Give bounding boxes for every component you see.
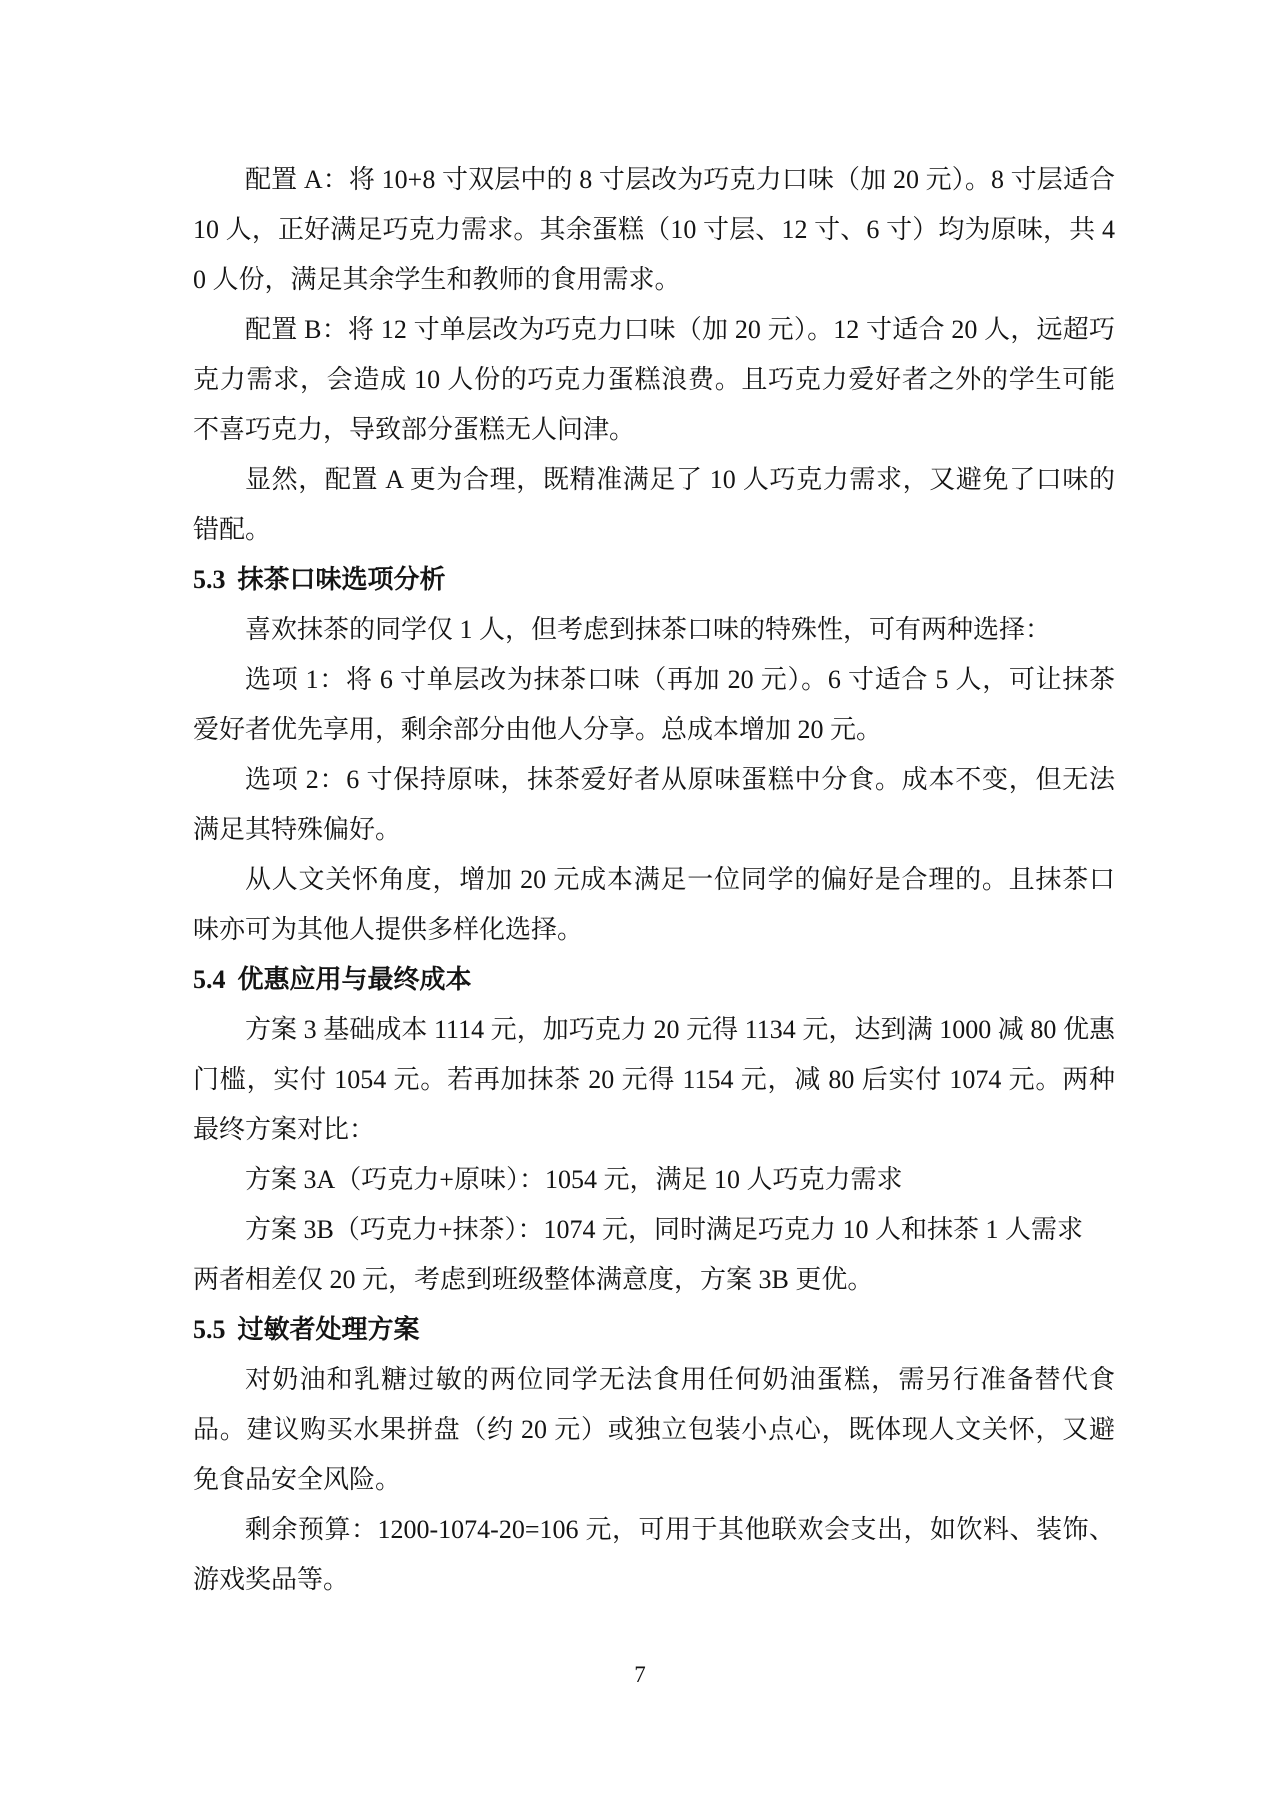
document-body: 配置 A：将 10+8 寸双层中的 8 寸层改为巧克力口味（加 20 元）。8 … <box>193 155 1115 1605</box>
paragraph-config-conclusion: 显然，配置 A 更为合理，既精准满足了 10 人巧克力需求，又避免了口味的错配。 <box>193 455 1115 555</box>
paragraph-plan-comparison: 两者相差仅 20 元，考虑到班级整体满意度，方案 3B 更优。 <box>193 1255 1115 1305</box>
paragraph-matcha-conclusion: 从人文关怀角度，增加 20 元成本满足一位同学的偏好是合理的。且抹茶口味亦可为其… <box>193 855 1115 955</box>
paragraph-allergy-plan: 对奶油和乳糖过敏的两位同学无法食用任何奶油蛋糕，需另行准备替代食品。建议购买水果… <box>193 1355 1115 1505</box>
section-title: 过敏者处理方案 <box>238 1315 420 1344</box>
section-title: 抹茶口味选项分析 <box>238 565 446 594</box>
section-number: 5.4 <box>193 965 226 994</box>
section-heading-5-3: 5.3抹茶口味选项分析 <box>193 555 1115 605</box>
section-title: 优惠应用与最终成本 <box>238 965 472 994</box>
paragraph-cost-calculation: 方案 3 基础成本 1114 元，加巧克力 20 元得 1134 元，达到满 1… <box>193 1005 1115 1155</box>
paragraph-matcha-intro: 喜欢抹茶的同学仅 1 人，但考虑到抹茶口味的特殊性，可有两种选择： <box>193 605 1115 655</box>
paragraph-config-b: 配置 B：将 12 寸单层改为巧克力口味（加 20 元）。12 寸适合 20 人… <box>193 305 1115 455</box>
document-page: 配置 A：将 10+8 寸双层中的 8 寸层改为巧克力口味（加 20 元）。8 … <box>0 0 1280 1810</box>
paragraph-matcha-option-1: 选项 1：将 6 寸单层改为抹茶口味（再加 20 元）。6 寸适合 5 人，可让… <box>193 655 1115 755</box>
section-heading-5-5: 5.5过敏者处理方案 <box>193 1305 1115 1355</box>
paragraph-plan-3a: 方案 3A（巧克力+原味）：1054 元，满足 10 人巧克力需求 <box>193 1155 1115 1205</box>
section-heading-5-4: 5.4优惠应用与最终成本 <box>193 955 1115 1005</box>
paragraph-matcha-option-2: 选项 2：6 寸保持原味，抹茶爱好者从原味蛋糕中分食。成本不变，但无法满足其特殊… <box>193 755 1115 855</box>
page-number: 7 <box>0 1658 1280 1692</box>
section-number: 5.5 <box>193 1315 226 1344</box>
paragraph-remaining-budget: 剩余预算：1200-1074-20=106 元，可用于其他联欢会支出，如饮料、装… <box>193 1505 1115 1605</box>
section-number: 5.3 <box>193 565 226 594</box>
paragraph-plan-3b: 方案 3B（巧克力+抹茶）：1074 元，同时满足巧克力 10 人和抹茶 1 人… <box>193 1205 1115 1255</box>
paragraph-config-a: 配置 A：将 10+8 寸双层中的 8 寸层改为巧克力口味（加 20 元）。8 … <box>193 155 1115 305</box>
